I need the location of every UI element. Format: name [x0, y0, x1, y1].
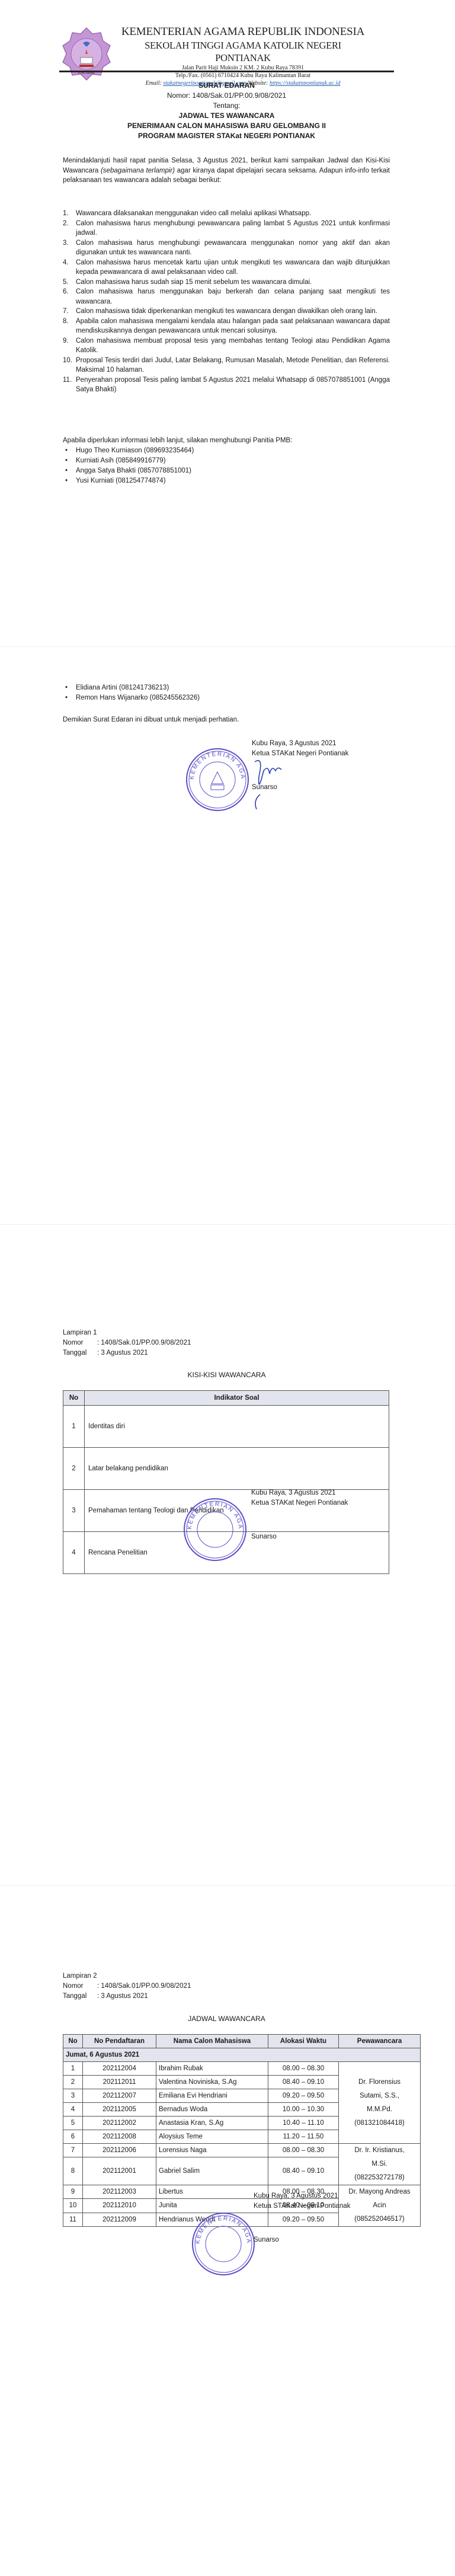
column-header: Pewawancara: [339, 2035, 421, 2048]
rule-item: 5.Calon mahasiswa harus sudah siap 15 me…: [63, 277, 390, 288]
sign-position: Ketua STAKat Negeri Pontianak: [252, 749, 348, 759]
letterhead: KEMENTERIAN AGAMA REPUBLIK INDONESIA SEK…: [118, 25, 367, 87]
svg-text:KEMENTERIAN AGAMA: KEMENTERIAN AGAMA: [182, 1497, 243, 1530]
official-stamp-icon: KEMENTERIAN AGAMA: [191, 2211, 256, 2277]
rule-item: 1.Wawancara dilaksanakan menggunakan vid…: [63, 209, 390, 219]
signature-block: Kubu Raya, 3 Agustus 2021 Ketua STAKat N…: [254, 2191, 350, 2245]
column-header: Indikator Soal: [85, 1391, 389, 1406]
page-separator: [0, 1885, 455, 1886]
lampiran2-heading: JADWAL WAWANCARA: [59, 2015, 394, 2023]
contact-intro: Apabila diperlukan informasi lebih lanju…: [63, 436, 390, 446]
contact-item: Angga Satya Bhakti (0857078851001): [63, 466, 390, 476]
official-stamp-icon: KEMENTERIAN AGAMA: [182, 1497, 248, 1562]
rule-item: 3.Calon mahasiswa harus menghubungi pewa…: [63, 238, 390, 258]
rules-list: 1.Wawancara dilaksanakan menggunakan vid…: [63, 209, 390, 395]
signature-block: Kubu Raya, 3 Agustus 2021 Ketua STAKat N…: [251, 1488, 348, 1542]
interviewer-cell: Dr. FlorensiusSutami, S.S.,M.M.Pd.(08132…: [339, 2062, 421, 2144]
page-separator: [0, 1224, 455, 1225]
letterhead-rule: [59, 71, 394, 72]
rule-item: 2.Calon mahasiswa harus menghubungi pewa…: [63, 219, 390, 238]
sign-name: Sunarso: [252, 783, 348, 793]
lampiran1-meta: Lampiran 1 Nomor: 1408/Sak.01/PP.00.9/08…: [63, 1328, 191, 1358]
lampiran1-nomor: : 1408/Sak.01/PP.00.9/08/2021: [97, 1339, 191, 1346]
rule-item: 4.Calon mahasiswa harus mencetak kartu u…: [63, 258, 390, 277]
subject-line-3: PROGRAM MAGISTER STAKat NEGERI PONTIANAK: [59, 131, 394, 141]
subject-line-2: PENERIMAAN CALON MAHASISWA BARU GELOMBAN…: [59, 121, 394, 131]
contact-list: Hugo Theo Kurniason (089693235464)Kurnia…: [63, 446, 390, 486]
column-header: Nama Calon Mahasiswa: [156, 2035, 268, 2048]
rule-item: 8.Apabila calon mahasiswa mengalami kend…: [63, 317, 390, 336]
page-lampiran-1: Lampiran 1 Nomor: 1408/Sak.01/PP.00.9/08…: [0, 1292, 455, 1648]
letter-title-block: SURAT EDARAN Nomor: 1408/Sak.01/PP.00.9/…: [59, 81, 394, 141]
rule-item: 11.Penyerahan proposal Tesis paling lamb…: [63, 375, 390, 395]
table-row: 9202112003Libertus08.00 – 08.30Dr. Mayon…: [63, 2185, 421, 2199]
lampiran2-nomor: : 1408/Sak.01/PP.00.9/08/2021: [97, 1983, 191, 1990]
lampiran2-title: Lampiran 2: [63, 1971, 191, 1981]
column-header: No: [63, 2035, 83, 2048]
table-row: 1202112004Ibrahim Rubak08.00 – 08.30Dr. …: [63, 2062, 421, 2076]
letter-number: Nomor: 1408/Sak.01/PP.00.9/08/2021: [59, 91, 394, 101]
column-header: Alokasi Waktu: [268, 2035, 339, 2048]
ministry-name: KEMENTERIAN AGAMA REPUBLIK INDONESIA: [118, 25, 367, 39]
contact-item: Elidiana Artini (081241736213): [63, 683, 390, 693]
table-row: 2Latar belakang pendidikan: [63, 1448, 389, 1490]
intro-paragraph: Menindaklanjuti hasil rapat panitia Sela…: [63, 156, 390, 186]
lampiran2-tanggal: : 3 Agustus 2021: [97, 1993, 148, 2000]
interview-schedule-table: No No Pendaftaran Nama Calon Mahasiswa A…: [63, 2034, 421, 2227]
contact-item: Yusi Kurniati (081254774874): [63, 476, 390, 486]
lampiran1-title: Lampiran 1: [63, 1328, 191, 1338]
day-row: Jumat, 6 Agustus 2021: [63, 2048, 421, 2062]
signature-block: Kubu Raya, 3 Agustus 2021 Ketua STAKat N…: [252, 739, 348, 793]
institution-name: SEKOLAH TINGGI AGAMA KATOLIK NEGERI PONT…: [118, 39, 367, 64]
letter-type: SURAT EDARAN: [59, 81, 394, 91]
institution-logo-icon: PONTIANAK: [62, 27, 111, 81]
interviewer-cell: Dr. Mayong AndreasAcin(085252046517): [339, 2185, 421, 2227]
official-stamp-icon: KEMENTERIAN AGAMA: [185, 747, 250, 812]
institution-phone: Telp./Fax. (0561) 6710424 Kubu Raya Kali…: [118, 72, 367, 79]
about-label: Tentang:: [59, 101, 394, 111]
contact-list-continued: Elidiana Artini (081241736213)Remon Hans…: [63, 683, 390, 703]
svg-text:KEMENTERIAN AGAMA: KEMENTERIAN AGAMA: [191, 2211, 252, 2245]
contact-item: Kurniati Asih (085849916779): [63, 456, 390, 466]
contact-item: Hugo Theo Kurniason (089693235464): [63, 446, 390, 456]
page-separator: [0, 646, 455, 647]
table-row: 1Identitas diri: [63, 1406, 389, 1448]
sign-place-date: Kubu Raya, 3 Agustus 2021: [252, 739, 348, 749]
rule-item: 10.Proposal Tesis terdiri dari Judul, La…: [63, 356, 390, 375]
rule-item: 7.Calon mahasiswa tidak diperkenankan me…: [63, 307, 390, 317]
closing-text: Demikian Surat Edaran ini dibuat untuk m…: [63, 715, 390, 725]
table-row: 7202112006Lorensius Naga08.00 – 08.30Dr.…: [63, 2144, 421, 2157]
lampiran2-meta: Lampiran 2 Nomor: 1408/Sak.01/PP.00.9/08…: [63, 1971, 191, 2002]
rule-item: 9.Calon mahasiswa membuat proposal tesis…: [63, 336, 390, 356]
interviewer-cell: Dr. Ir. Kristianus,M.Si.(082253272178): [339, 2144, 421, 2185]
rule-item: 6.Calon mahasiswa harus menggunakan baju…: [63, 287, 390, 307]
lampiran1-heading: KISI-KISI WAWANCARA: [59, 1371, 394, 1379]
page-1-continued: Elidiana Artini (081241736213)Remon Hans…: [0, 652, 455, 1067]
column-header: No: [63, 1391, 85, 1406]
lampiran1-tanggal: : 3 Agustus 2021: [97, 1349, 148, 1356]
subject-line-1: JADWAL TES WAWANCARA: [59, 111, 394, 121]
svg-text:KEMENTERIAN AGAMA: KEMENTERIAN AGAMA: [185, 747, 246, 780]
page-lampiran-2: Lampiran 2 Nomor: 1408/Sak.01/PP.00.9/08…: [0, 1933, 455, 2348]
column-header: No Pendaftaran: [83, 2035, 156, 2048]
contact-item: Remon Hans Wijanarko (085245562326): [63, 693, 390, 703]
